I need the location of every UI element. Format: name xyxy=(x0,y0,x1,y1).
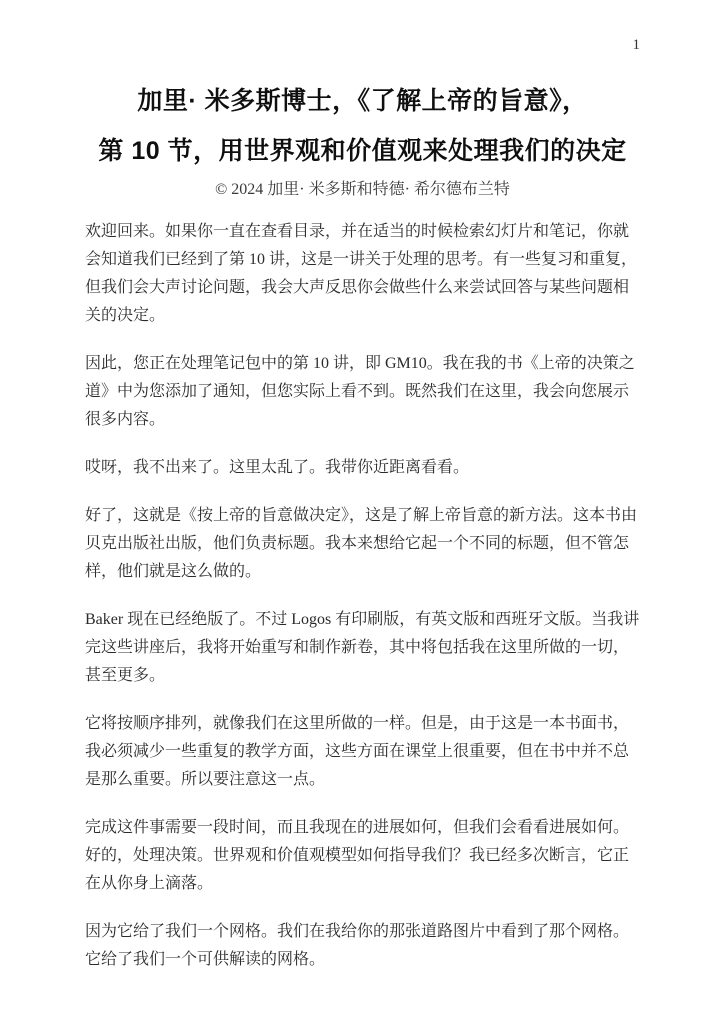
paragraph-4: 好了，这就是《按上帝的旨意做决定》，这是了解上帝旨意的新方法。这本书由贝克出版社… xyxy=(85,502,640,586)
document-title: 加里· 米多斯博士，《了解上帝的旨意》， 第 10 节，用世界观和价值观来处理我… xyxy=(85,76,640,176)
paragraph-5: Baker 现在已经绝版了。不过 Logos 有印刷版，有英文版和西班牙文版。当… xyxy=(85,606,640,690)
paragraph-1: 欢迎回来。如果你一直在查看目录，并在适当的时候检索幻灯片和笔记，你就会知道我们已… xyxy=(85,218,640,330)
paragraph-3: 哎呀，我不出来了。这里太乱了。我带你近距离看看。 xyxy=(85,454,640,482)
document-body: 欢迎回来。如果你一直在查看目录，并在适当的时候检索幻灯片和笔记，你就会知道我们已… xyxy=(85,218,640,974)
paragraph-7: 完成这件事需要一段时间，而且我现在的进展如何，但我们会看看进展如何。好的，处理决… xyxy=(85,814,640,898)
title-line-1: 加里· 米多斯博士，《了解上帝的旨意》， xyxy=(85,76,640,126)
paragraph-8: 因为它给了我们一个网格。我们在我给你的那张道路图片中看到了那个网格。它给了我们一… xyxy=(85,918,640,974)
page-number: 1 xyxy=(85,36,640,54)
copyright-line: © 2024 加里· 米多斯和特德· 希尔德布兰特 xyxy=(85,180,640,200)
title-line-2: 第 10 节，用世界观和价值观来处理我们的决定 xyxy=(85,126,640,176)
document-page: 1 加里· 米多斯博士，《了解上帝的旨意》， 第 10 节，用世界观和价值观来处… xyxy=(0,0,724,1024)
paragraph-2: 因此，您正在处理笔记包中的第 10 讲，即 GM10。我在我的书《上帝的决策之道… xyxy=(85,350,640,434)
paragraph-6: 它将按顺序排列，就像我们在这里所做的一样。但是，由于这是一本书面书，我必须减少一… xyxy=(85,710,640,794)
